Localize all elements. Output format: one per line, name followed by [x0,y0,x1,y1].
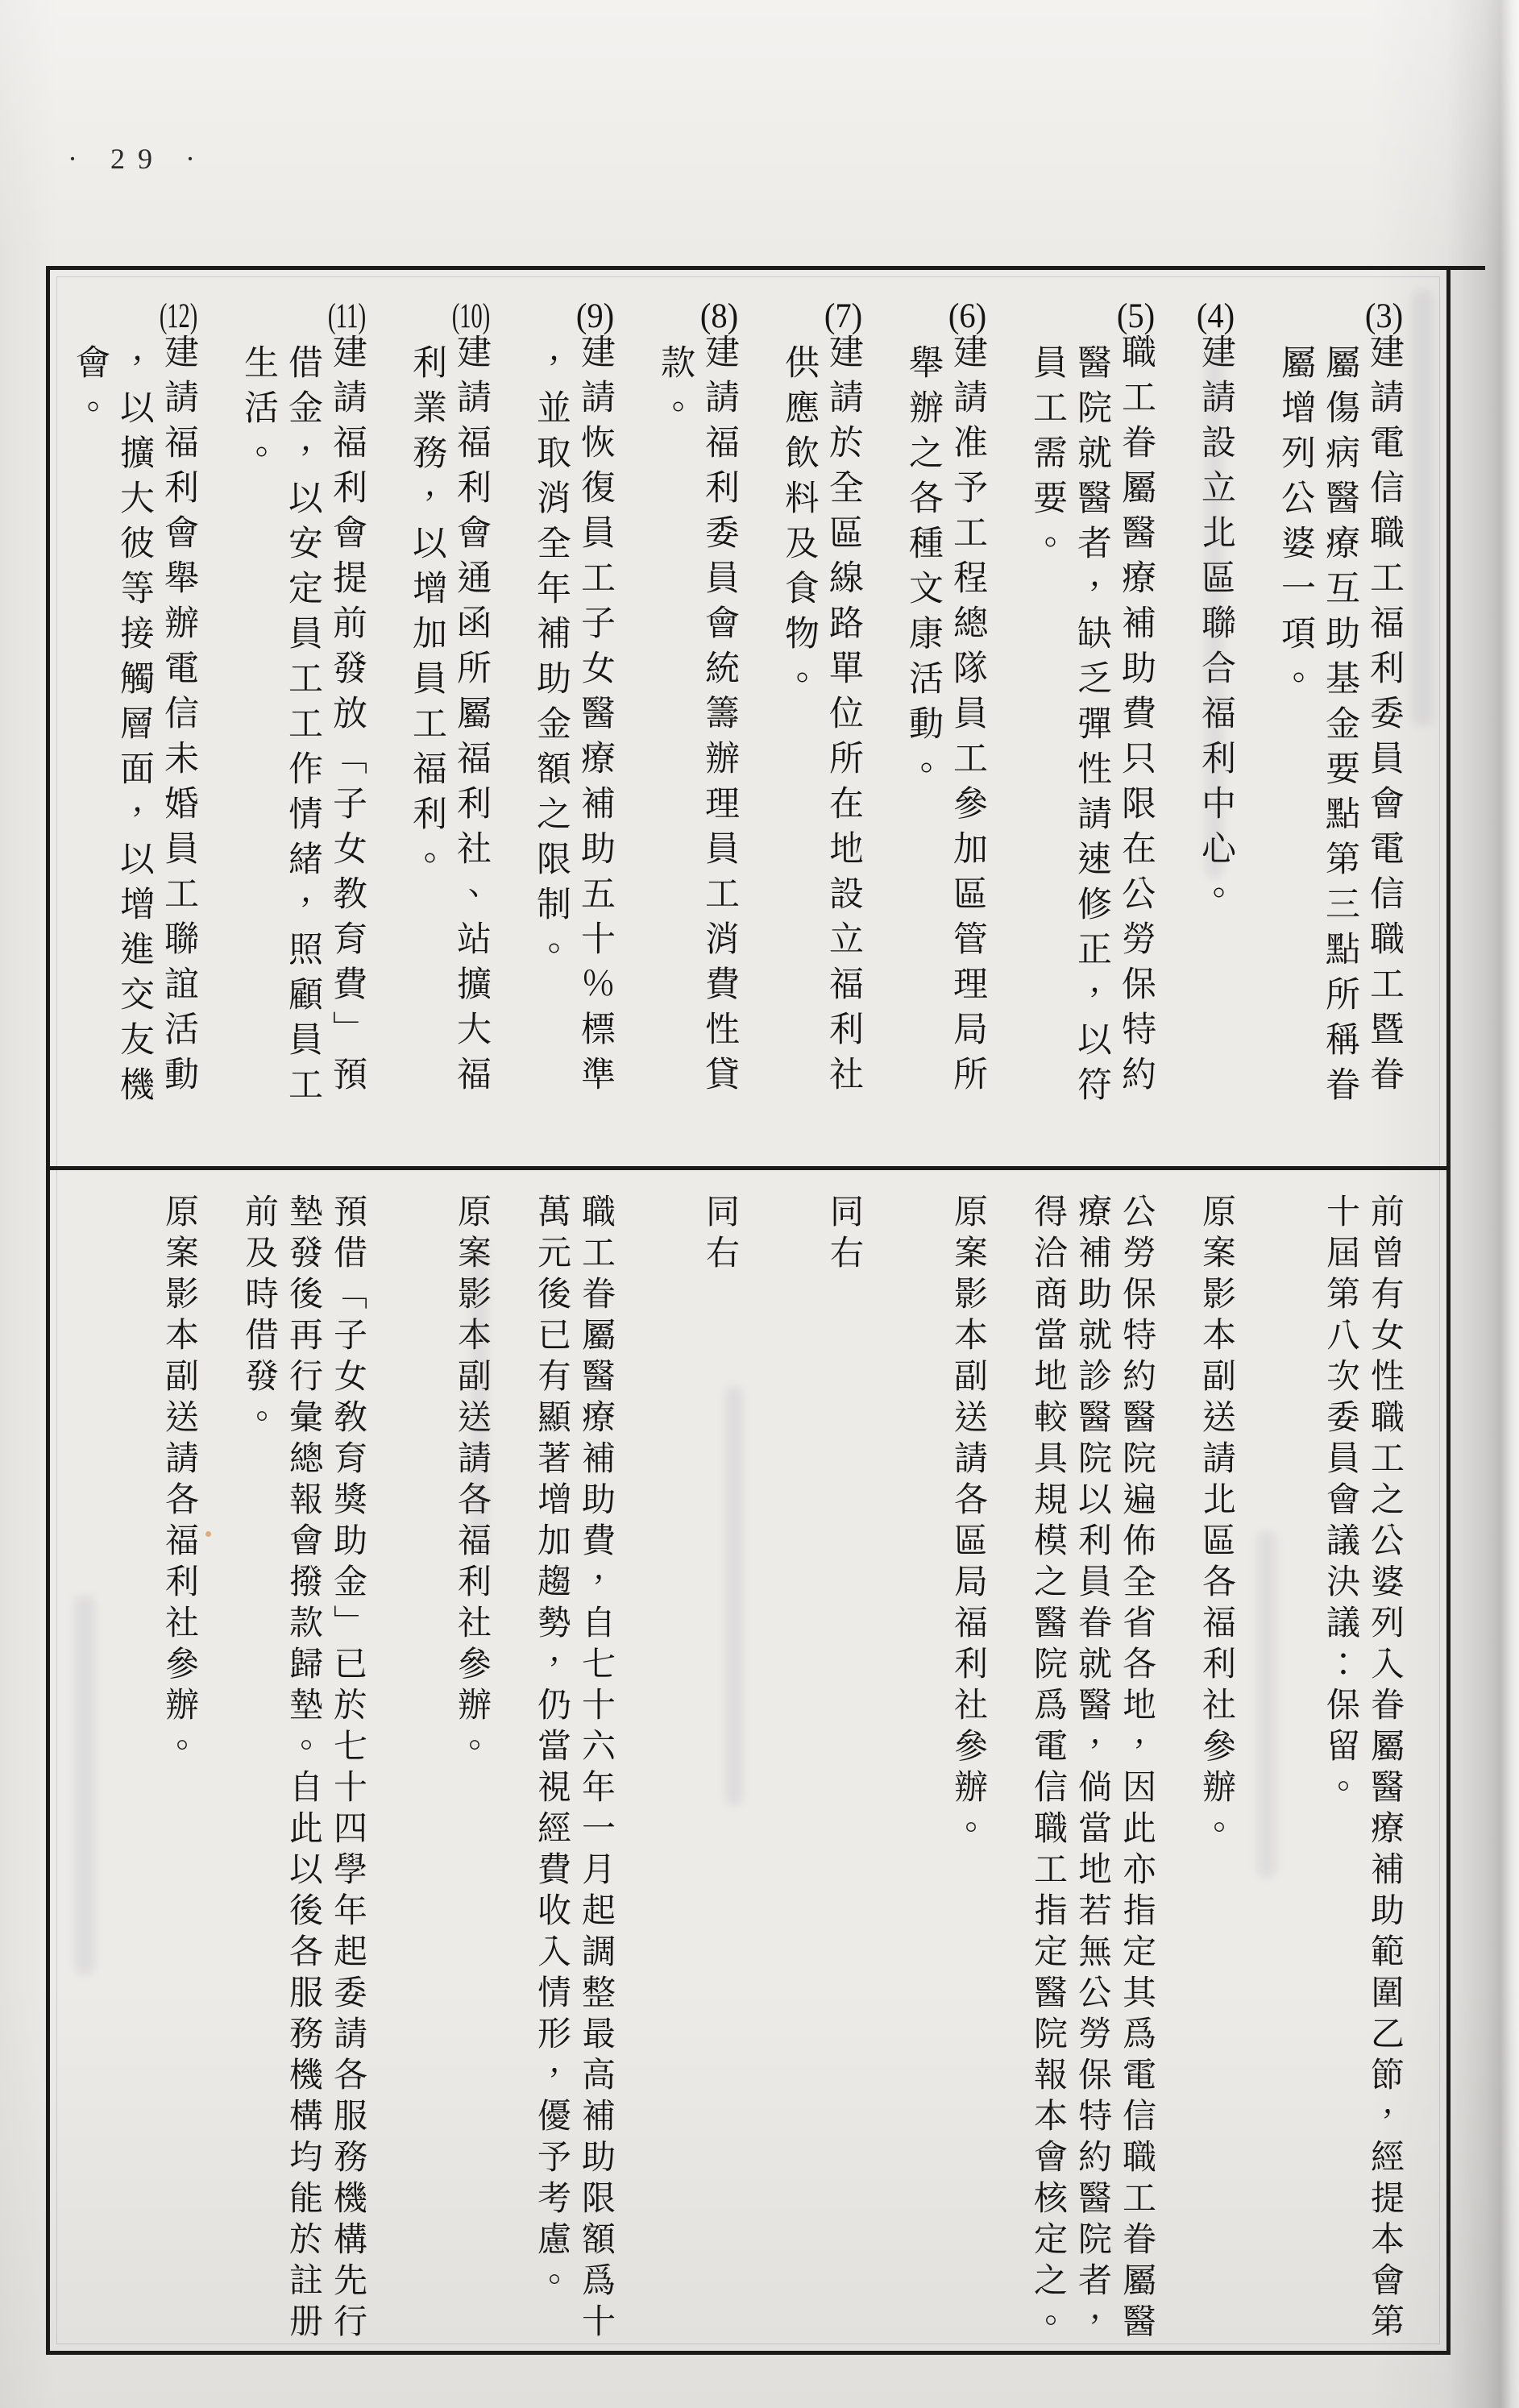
proposal-line: 屬增列公婆一項。 [1273,299,1318,1155]
response-item: 原案影本副送請各福利社參辦。 [68,1194,201,2364]
item-number: (6) [948,299,986,334]
response-line: 職工眷屬醫療補助費，自七十六年一月起調整最高補助限額爲十 [573,1194,617,2364]
item-number: (3) [1365,299,1403,334]
proposal-line: 醫院就醫者，缺乏彈性請速修正，以符 [1069,299,1114,1155]
proposals-columns: (3)建請電信職工福利委員會電信職工暨眷屬傷病醫療互助基金要點第三點所稱眷屬增列… [68,299,1406,1155]
proposal-text: 建請福利委員會統籌辦理員工消費性貸 [700,334,738,1101]
response-line: 前及時借發。 [236,1194,280,2364]
proposal-line: (4)建請設立北區聯合福利中心。 [1193,299,1238,1155]
proposal-text: 建請准予工程總隊員工參加區管理局所 [948,334,986,1101]
proposal-text: 建請福利會提前發放「子女教育費」預 [328,334,366,1101]
response-line: 萬元後已有顯著增加趨勢，仍當視經費收入情形，優予考慮。 [529,1194,573,2364]
proposal-line: ，並取消全年補助金額之限制。 [529,299,573,1155]
response-line: 原案影本副送請北區各福利社參辦。 [1193,1194,1238,2364]
proposal-line: (11)建請福利會提前發放「子女教育費」預 [325,299,369,1155]
proposal-line: (9)建請恢復員工子女醫療補助五十％標準 [573,299,617,1155]
proposal-line: 舉辦之各種文康活動。 [901,299,945,1155]
response-line: 得洽商當地較具規模之醫院爲電信職工指定醫院報本會核定之。 [1025,1194,1069,2364]
minutes-table: (3)建請電信職工福利委員會電信職工暨眷屬傷病醫療互助基金要點第三點所稱眷屬增列… [46,266,1451,2355]
response-line: 墊發後再行彙總報會撥款歸墊。自此以後各服務機構均能於註册 [280,1194,325,2364]
proposal-item: (10)建請福利會通函所屬福利社、站擴大福利業務，以增加員工福利。 [405,299,493,1155]
item-number: (9) [576,299,614,334]
proposal-text: 建請福利會通函所屬福利社、站擴大福 [452,334,490,1101]
scanned-page: · 29 · (3)建請電信職工福利委員會電信職工暨眷屬傷病醫療互助基金要點第三… [0,0,1519,2408]
proposal-text: 建請於全區線路單位所在地設立福利社 [824,334,862,1101]
proposal-item: (11)建請福利會提前發放「子女教育費」預借金，以安定員工工作情緒，照顧員工生活… [236,299,369,1155]
proposal-item: (6)建請准予工程總隊員工參加區管理局所舉辦之各種文康活動。 [901,299,990,1155]
responses-columns: 前曾有女性職工之公婆列入眷屬醫療補助範圍乙節，經提本會第十屆第八次委員會議決議：… [68,1194,1406,2364]
proposal-item: (4)建請設立北區聯合福利中心。 [1193,299,1238,1155]
proposal-text: 建請電信職工福利委員會電信職工暨眷 [1365,334,1403,1101]
response-item: 原案影本副送請北區各福利社參辦。 [1193,1194,1238,2364]
response-item: 同右 [777,1194,865,2364]
response-item: 預借「子女敎育獎助金」已於七十四學年起委請各服務機構先行墊發後再行彙總報會撥款歸… [236,1194,369,2364]
proposal-line: 屬傷病醫療互助基金要點第三點所稱眷 [1318,299,1362,1155]
proposal-item: (12)建請福利會舉辦電信未婚員工聯誼活動，以擴大彼等接觸層面，以增進交友機會。 [68,299,201,1155]
proposal-item: (8)建請福利委員會統籌辦理員工消費性貸款。 [653,299,741,1155]
response-line: 公勞保特約醫院遍佈全省各地，因此亦指定其爲電信職工眷屬醫 [1114,1194,1158,2364]
table-border-overshoot [1446,266,1485,270]
response-item: 前曾有女性職工之公婆列入眷屬醫療補助範圍乙節，經提本會第十屆第八次委員會議決議：… [1273,1194,1406,2364]
response-line: 原案影本副送請各區局福利社參辦。 [945,1194,990,2364]
page-number: · 29 · [68,142,208,176]
proposal-line: 會。 [68,299,112,1155]
proposal-text: 建請恢復員工子女醫療補助五十％標準 [576,334,614,1101]
proposal-line: 利業務，以增加員工福利。 [405,299,449,1155]
proposal-item: (7)建請於全區線路單位所在地設立福利社供應飲料及食物。 [777,299,865,1155]
proposal-line: 借金，以安定員工工作情緒，照顧員工 [280,299,325,1155]
proposal-line: (7)建請於全區線路單位所在地設立福利社 [821,299,865,1155]
response-item: 原案影本副送請各福利社參辦。 [405,1194,493,2364]
response-line: 十屆第八次委員會議決議：保留。 [1318,1194,1362,2364]
proposal-line: (5)職工眷屬醫療補助費只限在公勞保特約 [1114,299,1158,1155]
proposal-line: (10)建請福利會通函所屬福利社、站擴大福 [449,299,493,1155]
item-number: (4) [1197,299,1235,334]
response-line: 預借「子女敎育獎助金」已於七十四學年起委請各服務機構先行 [325,1194,369,2364]
response-line: 同右 [821,1194,865,2364]
item-number: (11) [328,299,366,334]
proposal-text: 職工眷屬醫療補助費只限在公勞保特約 [1117,334,1155,1101]
response-line: 前曾有女性職工之公婆列入眷屬醫療補助範圍乙節，經提本會第 [1362,1194,1406,2364]
proposal-line: (6)建請准予工程總隊員工參加區管理局所 [945,299,990,1155]
proposal-item: (9)建請恢復員工子女醫療補助五十％標準，並取消全年補助金額之限制。 [529,299,617,1155]
item-number: (12) [160,299,197,334]
proposal-line: 供應飲料及食物。 [777,299,821,1155]
response-item: 原案影本副送請各區局福利社參辦。 [901,1194,990,2364]
response-line: 原案影本副送請各福利社參辦。 [156,1194,201,2364]
response-line: 療補助就診醫院以利員眷就醫，倘當地若無公勞保特約醫院者， [1069,1194,1114,2364]
response-item: 職工眷屬醫療補助費，自七十六年一月起調整最高補助限額爲十萬元後已有顯著增加趨勢，… [529,1194,617,2364]
proposal-line: ，以擴大彼等接觸層面，以增進交友機 [112,299,156,1155]
section-divider [50,1166,1446,1170]
proposal-line: (3)建請電信職工福利委員會電信職工暨眷 [1362,299,1406,1155]
response-item: 同右 [653,1194,741,2364]
proposal-item: (3)建請電信職工福利委員會電信職工暨眷屬傷病醫療互助基金要點第三點所稱眷屬增列… [1273,299,1406,1155]
item-number: (5) [1117,299,1155,334]
item-number: (10) [452,299,490,334]
proposal-line: 員工需要。 [1025,299,1069,1155]
proposal-line: (8)建請福利委員會統籌辦理員工消費性貸 [697,299,741,1155]
response-line: 同右 [697,1194,741,2364]
proposal-line: (12)建請福利會舉辦電信未婚員工聯誼活動 [156,299,201,1155]
proposal-line: 款。 [653,299,697,1155]
proposal-text: 建請設立北區聯合福利中心。 [1197,334,1235,920]
response-line: 原案影本副送請各福利社參辦。 [449,1194,493,2364]
response-item: 公勞保特約醫院遍佈全省各地，因此亦指定其爲電信職工眷屬醫療補助就診醫院以利員眷就… [1025,1194,1158,2364]
item-number: (7) [824,299,862,334]
item-number: (8) [700,299,738,334]
proposal-text: 建請福利會舉辦電信未婚員工聯誼活動 [160,334,197,1101]
proposal-line: 生活。 [236,299,280,1155]
proposal-item: (5)職工眷屬醫療補助費只限在公勞保特約醫院就醫者，缺乏彈性請速修正，以符員工需… [1025,299,1158,1155]
